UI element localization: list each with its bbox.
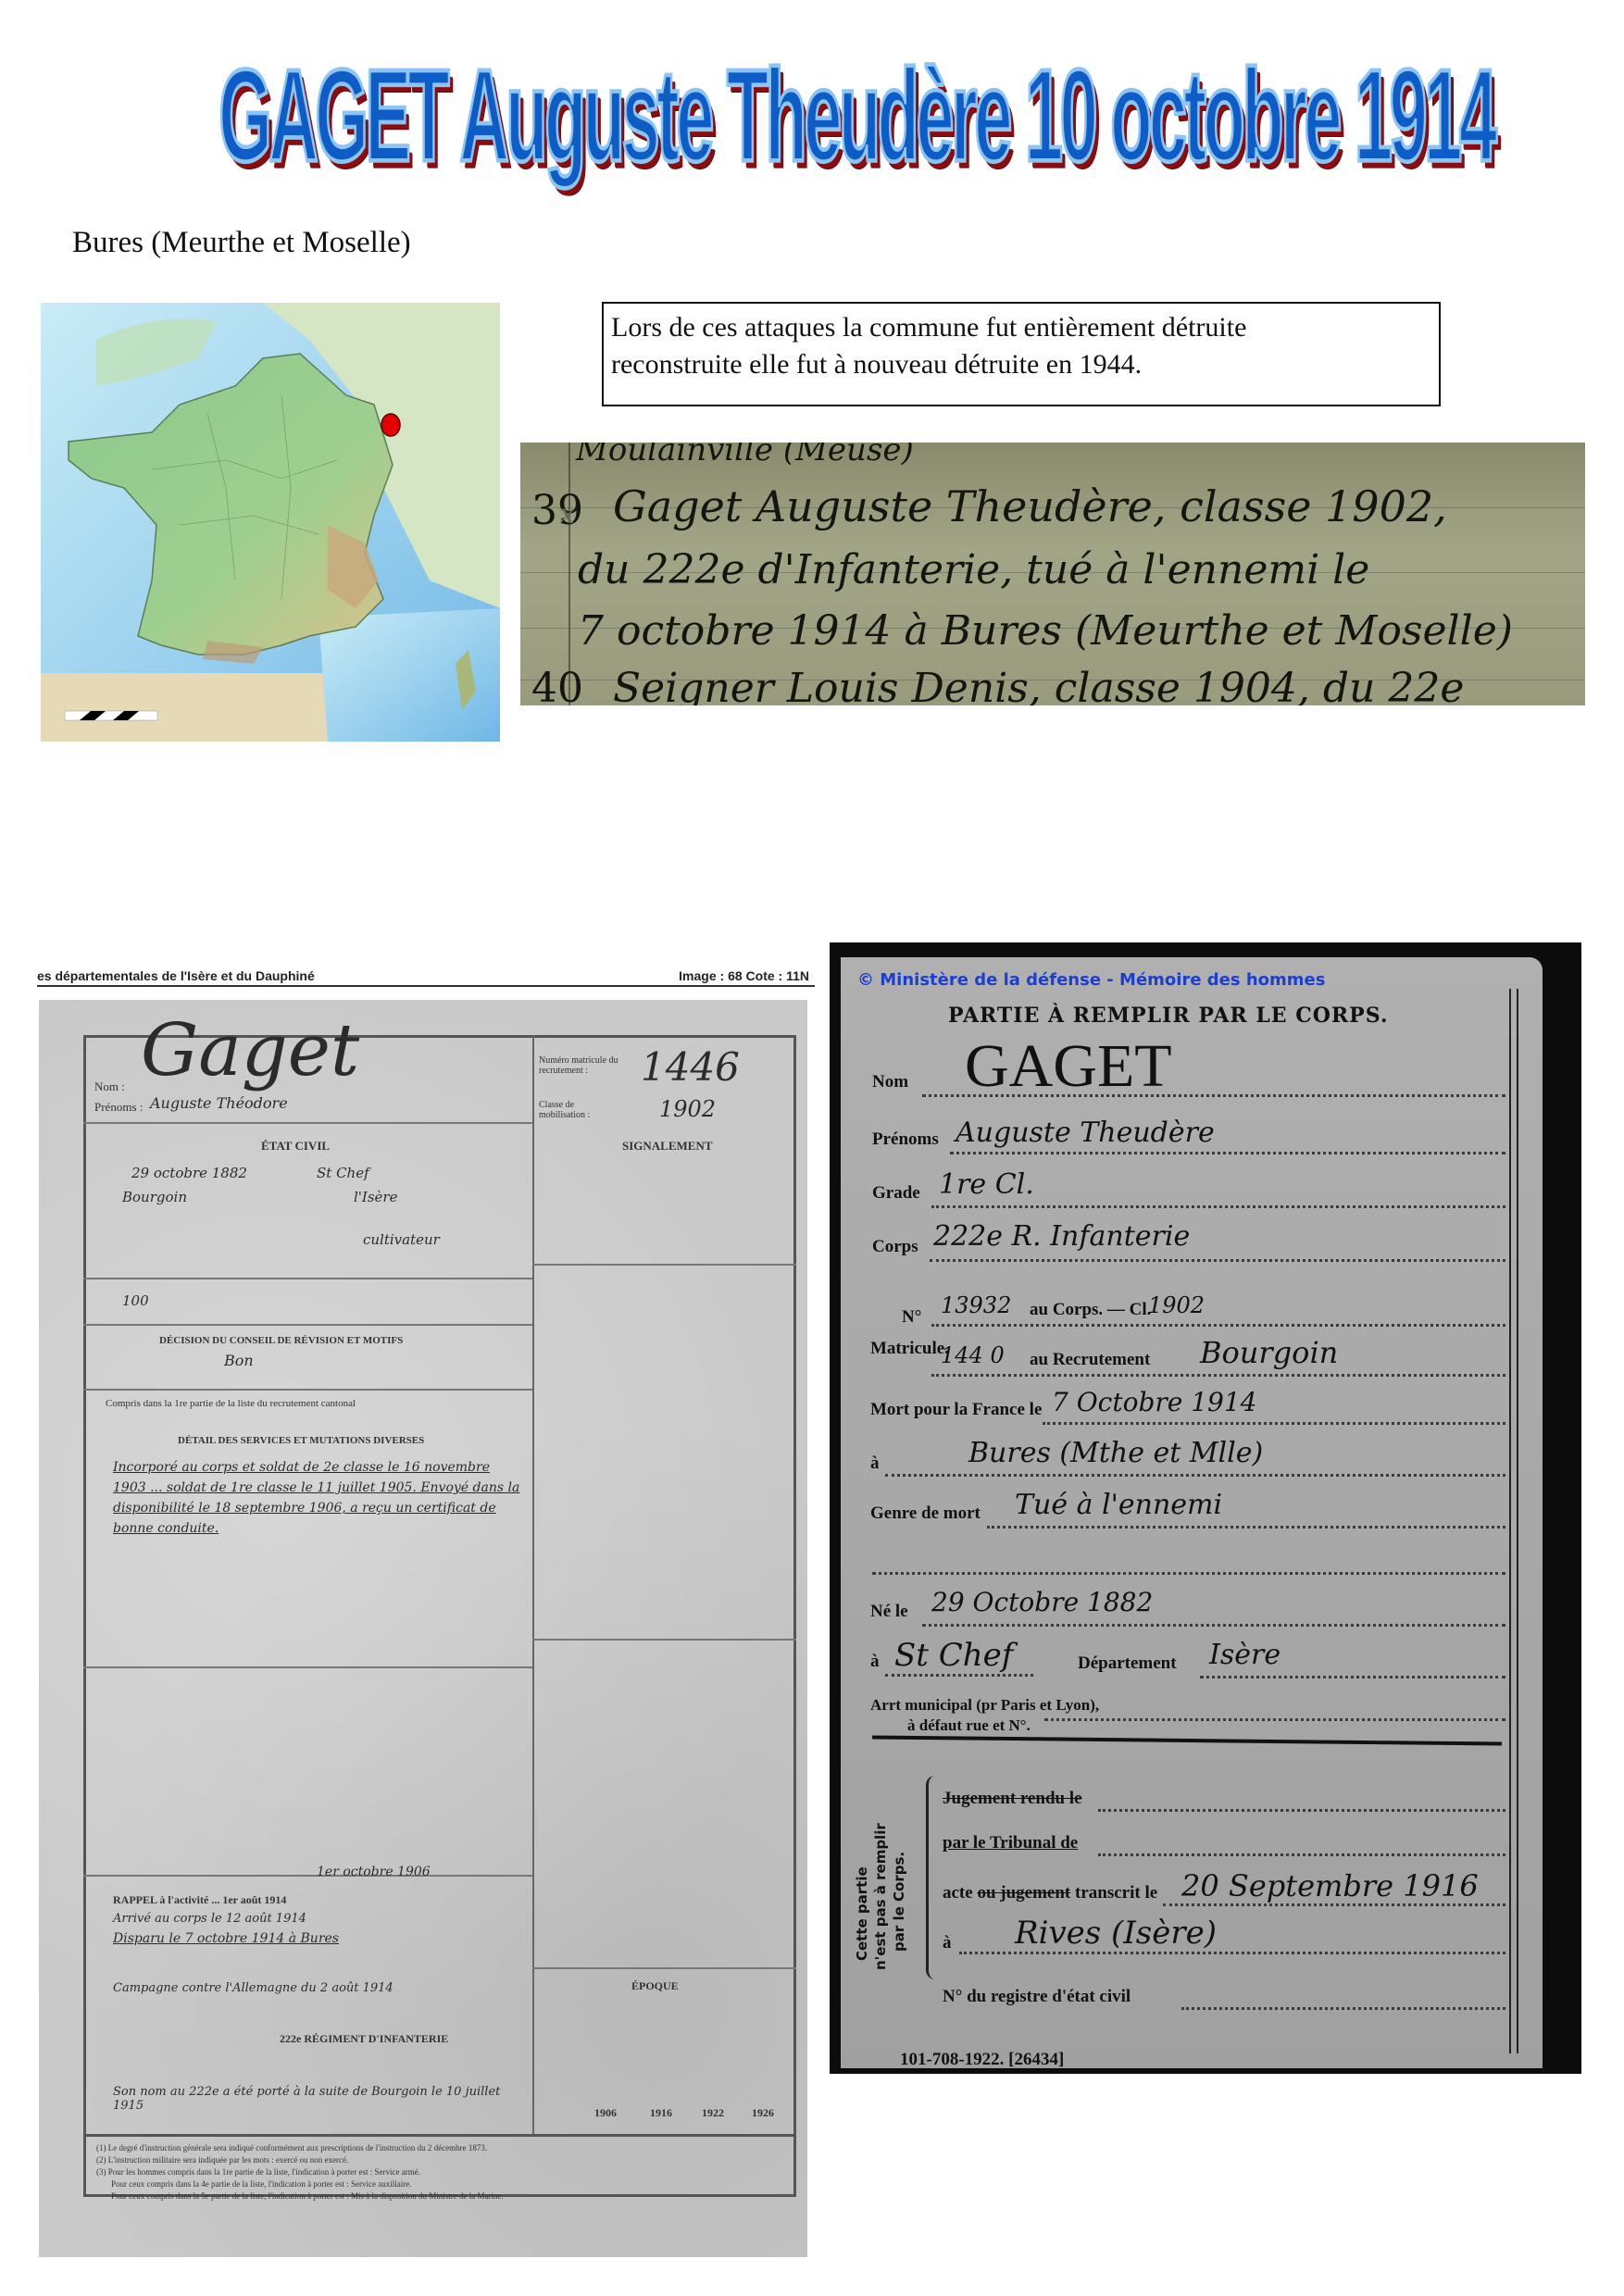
fiche-numero-tirage: 100: [122, 1292, 149, 1309]
history-note-box: Lors de ces attaques la commune fut enti…: [602, 302, 1441, 406]
fiche-note-bas: Son nom au 222e a été porté à la suite d…: [113, 2085, 520, 2113]
arr-label-1: Arrt municipal (pr Paris et Lyon),: [870, 1696, 1099, 1715]
epoque-year: 1906: [594, 2106, 617, 2120]
fiche-disparu: Disparu le 7 octobre 1914 à Bures: [113, 1931, 339, 1946]
field-label-prenoms: Prénoms: [872, 1129, 939, 1150]
fiche-classe: 1902: [659, 1096, 716, 1122]
fiche-footnote: (2) L'instruction militaire sera indiqué…: [96, 2155, 348, 2165]
mort-value: 7 Octobre 1914: [1052, 1387, 1257, 1417]
epoque-year: 1922: [702, 2106, 724, 2120]
recrutement-label: au Recrutement: [1030, 1350, 1150, 1370]
fiche-lieu: St Chef: [317, 1165, 369, 1181]
etat-civil-title: ÉTAT CIVIL: [261, 1139, 330, 1154]
matricule-label-no: N°: [902, 1307, 921, 1328]
field-label-nom: Nom: [872, 1072, 908, 1092]
register-entry-line: du 222e d'Infanterie, tué à l'ennemi le: [578, 546, 1369, 593]
side-note: Cette partie n'est pas à remplir par le …: [854, 1794, 937, 1952]
location-marker: [381, 414, 400, 436]
fiche-passe-reserve: 1er octobre 1906: [317, 1865, 431, 1879]
register-entry-line: 7 octobre 1914 à Bures (Meurthe et Mosel…: [578, 607, 1513, 655]
form-reference: 101-708-1922. [26434]: [900, 2050, 1064, 2070]
field-value-grade: 1re Cl.: [939, 1168, 1034, 1201]
fiche-classe-label: Classe de mobilisation :: [539, 1100, 622, 1120]
fiche-rappel: RAPPEL à l'activité ... 1er août 1914: [113, 1893, 286, 1907]
decision-title: DÉCISION DU CONSEIL DE RÉVISION ET MOTIF…: [159, 1335, 403, 1346]
registre-label: N° du registre d'état civil: [943, 1987, 1131, 2007]
death-register-photo: Moulainville (Meuse) 39 x Gaget Auguste …: [520, 443, 1585, 705]
fiche-mort-pour-la-france: © Ministère de la défense - Mémoire des …: [830, 942, 1581, 2074]
genre-mort-value: Tué à l'ennemi: [1015, 1489, 1222, 1521]
matricule-recrutement-value: 144 0: [941, 1342, 1005, 1368]
ne-value: 29 Octobre 1882: [931, 1587, 1153, 1617]
register-entry-line: Seigner Louis Denis, classe 1904, du 22e: [613, 665, 1464, 705]
register-mark: x: [559, 498, 575, 530]
field-label-grade: Grade: [872, 1183, 920, 1204]
mort-label: Mort pour la France le: [870, 1400, 1042, 1420]
au-corps-label: au Corps. — Cl.: [1030, 1300, 1151, 1320]
ne-lieu-label: à: [870, 1652, 880, 1672]
fiche-prenoms: Auguste Théodore: [150, 1094, 288, 1112]
fiche-profession: cultivateur: [363, 1231, 440, 1248]
fiche-detail-services: Incorporé au corps et soldat de 2e class…: [113, 1457, 520, 1539]
copyright-watermark: © Ministère de la défense - Mémoire des …: [857, 970, 1325, 990]
lieu-mort-label: à: [870, 1454, 880, 1474]
scale-bar: [65, 711, 157, 720]
classe-value: 1902: [1148, 1292, 1205, 1318]
fiche-footnote: Pour ceux compris dans la 4e partie de l…: [111, 2179, 412, 2189]
ne-label: Né le: [870, 1602, 908, 1622]
location-subtitle: Bures (Meurthe et Moselle): [72, 226, 411, 260]
fiche-canton: Bourgoin: [122, 1189, 187, 1205]
archive-header: es départementales de l'Isère et du Daup…: [37, 963, 815, 987]
page-title: GAGET Auguste Theudère 10 octobre 1914: [241, 28, 1472, 204]
epoque-year: 1926: [752, 2106, 774, 2120]
arr-label-2: à défaut rue et N°.: [907, 1716, 1031, 1735]
register-number-40: 40: [531, 665, 583, 705]
acte-label: acte ou jugement transcrit le: [943, 1883, 1157, 1903]
fiche-prenoms-label: Prénoms :: [94, 1100, 143, 1115]
epoque-title: ÉPOQUE: [631, 1979, 679, 1993]
fiche-decision: Bon: [224, 1352, 254, 1369]
register-entry-line: Gaget Auguste Theudère, classe 1902,: [613, 481, 1447, 531]
departement-value: Isère: [1209, 1639, 1280, 1671]
fiche-footnote: (1) Le degré d'instruction générale sera…: [96, 2143, 487, 2152]
fiche-departement: l'Isère: [354, 1189, 397, 1205]
ne-lieu-value: St Chef: [894, 1637, 1013, 1674]
jugement-label: Jugement rendu le: [943, 1789, 1082, 1809]
fiche-numero: 1446: [641, 1044, 740, 1090]
register-number-39: 39: [531, 487, 583, 534]
lieu-mort-value: Bures (Mthe et Mlle): [968, 1437, 1263, 1469]
genre-mort-label: Genre de mort: [870, 1504, 981, 1524]
fiche-footnote: Pour ceux compris dans la 5e partie de l…: [111, 2191, 504, 2201]
signalement-title: SIGNALEMENT: [622, 1139, 713, 1154]
page-title-text: GAGET Auguste Theudère 10 octobre 1914: [219, 41, 1493, 192]
field-value-corps: 222e R. Infanterie: [933, 1220, 1190, 1253]
epoque-year: 1916: [650, 2106, 672, 2120]
note-line-1: Lors de ces attaques la commune fut enti…: [611, 309, 1431, 346]
detail-services-title: DÉTAIL DES SERVICES ET MUTATIONS DIVERSE…: [178, 1435, 424, 1446]
fiche-nom-label: Nom :: [94, 1079, 125, 1094]
fiche-campagne: Campagne contre l'Allemagne du 2 août 19…: [113, 1981, 394, 1995]
transcrit-lieu-value: Rives (Isère): [1015, 1915, 1217, 1952]
field-label-corps: Corps: [872, 1237, 918, 1257]
fiche-numero-label: Numéro matricule du recrutement :: [539, 1055, 622, 1076]
note-line-2: reconstruite elle fut à nouveau détruite…: [611, 346, 1431, 383]
form-heading: PARTIE À REMPLIR PAR LE CORPS.: [948, 1004, 1389, 1028]
acte-value: 20 Septembre 1916: [1181, 1868, 1479, 1903]
recrutement-value: Bourgoin: [1200, 1335, 1338, 1370]
transcrit-lieu-label: à: [943, 1933, 952, 1953]
fiche-regiment: 222e RÉGIMENT D'INFANTERIE: [280, 2032, 448, 2046]
archive-reference: Image : 68 Cote : 11N: [679, 968, 809, 983]
fiche-nom: Gaget: [141, 1009, 359, 1092]
france-map: [41, 303, 500, 742]
fiche-footnote: (3) Pour les hommes compris dans la 1re …: [96, 2167, 420, 2177]
fiche-compris: Compris dans la 1re partie de la liste d…: [106, 1398, 356, 1409]
field-value-nom: GAGET: [965, 1031, 1172, 1102]
fiche-mobilisation: Arrivé au corps le 12 août 1914: [113, 1912, 306, 1926]
register-top-line: Moulainville (Meuse): [576, 443, 914, 468]
registre-matricule-scan: Gaget Nom : Prénoms : Auguste Théodore N…: [39, 1000, 807, 2257]
matricule-corps-value: 13932: [941, 1292, 1011, 1318]
archive-source: es départementales de l'Isère et du Daup…: [37, 968, 315, 983]
tribunal-label: par le Tribunal de: [943, 1833, 1078, 1853]
field-value-prenoms: Auguste Theudère: [956, 1117, 1215, 1149]
departement-label: Département: [1078, 1653, 1177, 1674]
matricule-label: Matricule.: [870, 1339, 949, 1359]
fiche-ne-le: 29 octobre 1882: [131, 1165, 247, 1181]
